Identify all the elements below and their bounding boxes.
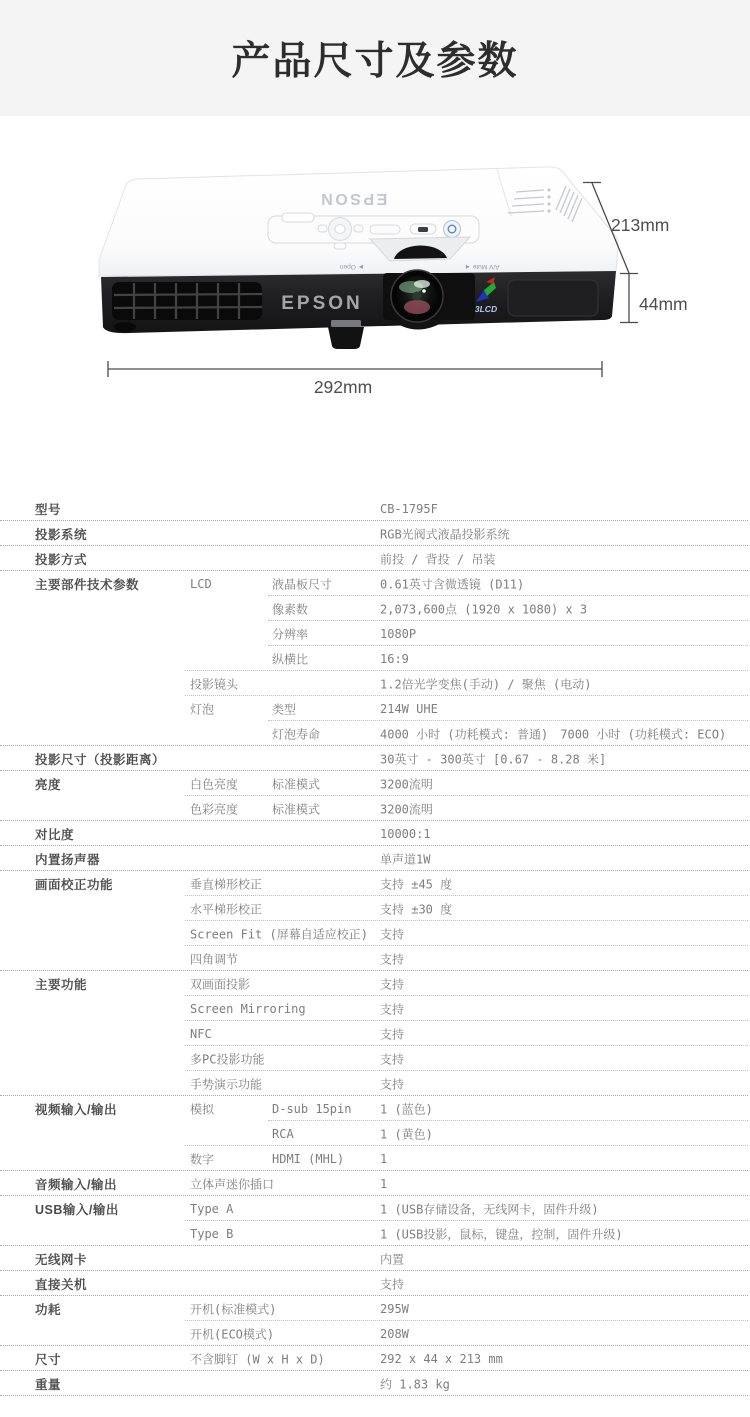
table-row: 灯泡寿命4000 小时 (功耗模式: 普通) 7000 小时 (功耗模式: EC…: [0, 721, 750, 746]
spec-value: 214W UHE: [380, 702, 438, 716]
spec-value: 10000:1: [380, 827, 431, 841]
table-row: 多PC投影功能支持: [0, 1046, 750, 1071]
table-row: 内置扬声器单声道1W: [0, 846, 750, 871]
spec-value: 3200流明: [380, 775, 433, 792]
spec-value: 2,073,600点 (1920 x 1080) x 3: [380, 600, 587, 617]
table-row: 功耗开机(标准模式)295W: [0, 1296, 750, 1321]
spec-sublabel: 灯泡寿命: [272, 725, 320, 742]
table-row: NFC支持: [0, 1021, 750, 1046]
spec-label: 画面校正功能: [35, 875, 113, 893]
spec-label: 投影系统: [35, 525, 87, 543]
spec-value: 1: [380, 1177, 387, 1191]
open-label: ► Open: [340, 263, 365, 270]
spec-sublabel: 四角调节: [190, 950, 238, 967]
table-row: 对比度10000:1: [0, 821, 750, 846]
table-row: 视频输入/输出模拟D-sub 15pin1 (蓝色): [0, 1096, 750, 1121]
spec-label: 功耗: [35, 1300, 61, 1318]
table-row: 画面校正功能垂直梯形校正支持 ±45 度: [0, 871, 750, 896]
spec-sublabel: 分辨率: [272, 625, 308, 642]
spec-sublabel: LCD: [190, 577, 212, 591]
table-row: 投影系统RGB光阀式液晶投影系统: [0, 521, 750, 546]
spec-value: 支持: [380, 1075, 404, 1092]
left-foot: [114, 322, 136, 332]
table-row: 像素数2,073,600点 (1920 x 1080) x 3: [0, 596, 750, 621]
spec-sublabel: 标准模式: [272, 800, 320, 817]
spec-sublabel: 数字: [190, 1150, 214, 1167]
dimension-height-label: 44mm: [639, 294, 688, 314]
table-row: 四角调节支持: [0, 946, 750, 971]
table-row: 开机(ECO模式)208W: [0, 1321, 750, 1346]
spec-sublabel: 纵横比: [272, 650, 308, 667]
spec-sublabel: HDMI (MHL): [272, 1152, 344, 1166]
spec-value: 支持: [380, 1050, 404, 1067]
spec-label: 亮度: [35, 775, 61, 793]
dimension-depth-label: 213mm: [611, 215, 669, 235]
table-row: 型号CB-1795F: [0, 496, 750, 521]
vent-grille-icon: [112, 282, 262, 320]
spec-label: 型号: [35, 500, 61, 518]
spec-value: 约 1.83 kg: [380, 1375, 450, 1392]
spec-value: 1080P: [380, 627, 416, 641]
spec-sublabel: 不含脚钉 (W x H x D): [190, 1350, 325, 1367]
spec-value: 1.2倍光学变焦(手动) / 聚焦 (电动): [380, 675, 591, 692]
spec-sublabel: Type A: [190, 1202, 233, 1216]
spec-sublabel: Screen Mirroring: [190, 1002, 306, 1016]
spec-sublabel: Screen Fit (屏幕自适应校正): [190, 925, 368, 942]
spec-value: 30英寸 - 300英寸 [0.67 - 8.28 米]: [380, 750, 606, 767]
spec-label: 投影方式: [35, 550, 87, 568]
spec-value: 1 (蓝色): [380, 1100, 433, 1117]
spec-table: 型号CB-1795F投影系统RGB光阀式液晶投影系统投影方式前投 / 背投 / …: [0, 496, 750, 1396]
spec-value: 4000 小时 (功耗模式: 普通) 7000 小时 (功耗模式: ECO): [380, 725, 726, 742]
table-row: USB输入/输出Type A1 (USB存储设备，无线网卡，固件升级): [0, 1196, 750, 1221]
spec-value: RGB光阀式液晶投影系统: [380, 525, 510, 542]
spec-value: 208W: [380, 1327, 409, 1341]
table-row: 投影方式前投 / 背投 / 吊装: [0, 546, 750, 571]
table-row: 音频输入/输出立体声迷你插口1: [0, 1171, 750, 1196]
spec-sublabel: 标准模式: [272, 775, 320, 792]
spec-value: 支持 ±45 度: [380, 875, 452, 892]
spec-value: 支持: [380, 1025, 404, 1042]
table-row: 手势演示功能支持: [0, 1071, 750, 1096]
table-row: 无线网卡内置: [0, 1246, 750, 1271]
section-header: 产品尺寸及参数: [0, 0, 750, 116]
spec-sublabel: Type B: [190, 1227, 233, 1241]
table-row: 主要部件技术参数LCD液晶板尺寸0.61英寸含微透镜 (D11): [0, 571, 750, 596]
spec-value: 1 (USB存储设备，无线网卡，固件升级): [380, 1200, 599, 1217]
spec-label: 音频输入/输出: [35, 1175, 117, 1193]
spec-value: 3200流明: [380, 800, 433, 817]
product-spec-page: 产品尺寸及参数: [0, 0, 750, 1417]
spec-sublabel: 垂直梯形校正: [190, 875, 262, 892]
row-divider: [0, 1395, 748, 1396]
spec-sublabel: NFC: [190, 1027, 212, 1041]
spec-sublabel: 水平梯形校正: [190, 900, 262, 917]
spec-label: 直接关机: [35, 1275, 87, 1293]
spec-sublabel: 模拟: [190, 1100, 214, 1117]
table-row: 投影镜头1.2倍光学变焦(手动) / 聚焦 (电动): [0, 671, 750, 696]
spec-label: USB输入/输出: [35, 1200, 119, 1218]
spec-label: 主要功能: [35, 975, 87, 993]
table-row: Screen Mirroring支持: [0, 996, 750, 1021]
projector-top-body: [99, 167, 618, 276]
spec-value: 支持: [380, 975, 404, 992]
spec-sublabel: 多PC投影功能: [190, 1050, 264, 1067]
table-row: 重量约 1.83 kg: [0, 1371, 750, 1396]
page-title: 产品尺寸及参数: [0, 0, 750, 86]
table-row: 数字HDMI (MHL)1: [0, 1146, 750, 1171]
table-row: 色彩亮度标准模式3200流明: [0, 796, 750, 821]
spec-value: 支持: [380, 1275, 404, 1292]
spec-sublabel: 投影镜头: [190, 675, 238, 692]
dimension-width-label: 292mm: [314, 377, 372, 397]
projector-illustration: EPSON ► Open A/V Mute ◄: [0, 130, 750, 415]
spec-value: 1: [380, 1152, 387, 1166]
spec-label: 重量: [35, 1375, 61, 1393]
brand-top-label: EPSON: [319, 190, 388, 207]
spec-sublabel: 手势演示功能: [190, 1075, 262, 1092]
spec-sublabel: 液晶板尺寸: [272, 575, 332, 592]
table-row: 尺寸不含脚钉 (W x H x D)292 x 44 x 213 mm: [0, 1346, 750, 1371]
spec-sublabel: 色彩亮度: [190, 800, 238, 817]
spec-value: 1 (黄色): [380, 1125, 433, 1142]
spec-label: 视频输入/输出: [35, 1100, 117, 1118]
spec-label: 对比度: [35, 825, 74, 843]
spec-sublabel: 开机(ECO模式): [190, 1325, 274, 1342]
spec-sublabel: 白色亮度: [190, 775, 238, 792]
spec-label: 无线网卡: [35, 1250, 87, 1268]
spec-value: 16:9: [380, 652, 409, 666]
connector-door: [508, 280, 598, 316]
spec-label: 尺寸: [35, 1350, 61, 1368]
spec-value: 支持: [380, 950, 404, 967]
table-row: 灯泡类型214W UHE: [0, 696, 750, 721]
spec-value: 0.61英寸含微透镜 (D11): [380, 575, 524, 592]
front-foot: [328, 320, 364, 349]
table-row: 水平梯形校正支持 ±30 度: [0, 896, 750, 921]
spec-sublabel: D-sub 15pin: [272, 1102, 351, 1116]
spec-value: 支持: [380, 925, 404, 942]
spec-sublabel: 立体声迷你插口: [190, 1175, 274, 1192]
spec-value: 295W: [380, 1302, 409, 1316]
spec-label: 内置扬声器: [35, 850, 100, 868]
spec-value: 内置: [380, 1250, 404, 1267]
spec-value: 支持 ±30 度: [380, 900, 452, 917]
table-row: 分辨率1080P: [0, 621, 750, 646]
avmute-label: A/V Mute ◄: [465, 263, 500, 270]
brand-front-label: EPSON: [281, 293, 363, 314]
table-row: 直接关机支持: [0, 1271, 750, 1296]
table-row: 纵横比16:9: [0, 646, 750, 671]
spec-value: CB-1795F: [380, 502, 438, 516]
spec-value: 单声道1W: [380, 850, 430, 867]
spec-sublabel: 开机(标准模式): [190, 1300, 276, 1317]
spec-value: 292 x 44 x 213 mm: [380, 1352, 503, 1366]
spec-value: 1 (USB投影，鼠标，键盘，控制，固件升级): [380, 1225, 623, 1242]
spec-value: 支持: [380, 1000, 404, 1017]
spec-sublabel: 灯泡: [190, 700, 214, 717]
table-row: Type B1 (USB投影，鼠标，键盘，控制，固件升级): [0, 1221, 750, 1246]
badge-label: 3LCD: [475, 304, 497, 314]
table-row: 投影尺寸（投影距离）30英寸 - 300英寸 [0.67 - 8.28 米]: [0, 746, 750, 771]
table-row: RCA1 (黄色): [0, 1121, 750, 1146]
table-row: Screen Fit (屏幕自适应校正)支持: [0, 921, 750, 946]
table-row: 亮度白色亮度标准模式3200流明: [0, 771, 750, 796]
spec-sublabel: 双画面投影: [190, 975, 250, 992]
spec-value: 前投 / 背投 / 吊装: [380, 550, 495, 567]
spec-sublabel: 像素数: [272, 600, 308, 617]
spec-label: 投影尺寸（投影距离）: [35, 750, 165, 768]
spec-sublabel: 类型: [272, 700, 296, 717]
projector-figure: EPSON ► Open A/V Mute ◄: [0, 116, 750, 416]
spec-label: 主要部件技术参数: [35, 575, 139, 593]
spec-sublabel: RCA: [272, 1127, 294, 1141]
table-row: 主要功能双画面投影支持: [0, 971, 750, 996]
